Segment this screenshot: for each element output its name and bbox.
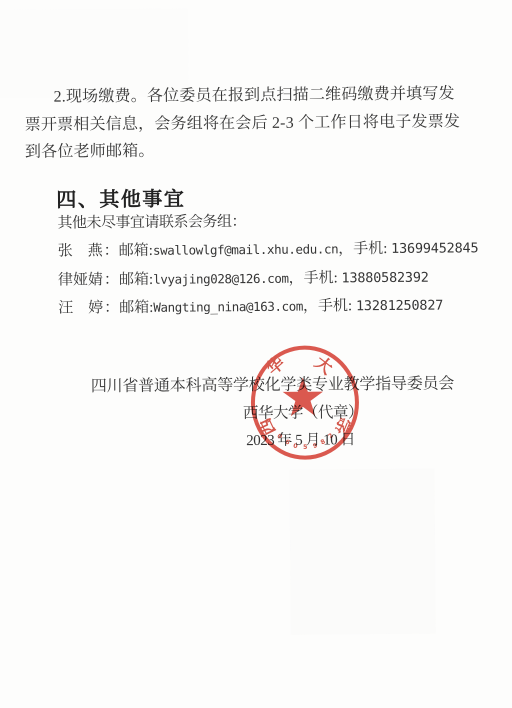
seal-serial-digit: 6 [283,439,290,446]
contact-phone: 13281250827 [356,298,443,315]
document-page: 2.现场缴费。各位委员在报到点扫描二维码缴费并填写发 票开票相关信息，会务组将在… [0,0,512,708]
paragraph-line: 票开票相关信息，会务组将在会后 2-3 个工作日将电子发票发 [25,108,455,139]
contact-email: swallowlgf@mail.xhu.edu.cn [153,241,338,257]
seal-star-icon [281,376,325,418]
contact-row: 张 燕：邮箱:swallowlgf@mail.xhu.edu.cn，手机: 13… [58,234,479,266]
seal-char: 华 [264,354,288,378]
contact-name: 张 燕 [58,238,104,266]
paragraph-line: 到各位老师邮箱。 [25,135,455,166]
contact-name: 律娅婧 [58,267,104,295]
separator: ， [338,241,353,257]
star-shape [283,377,324,416]
payment-paragraph: 2.现场缴费。各位委员在报到点扫描二维码缴费并填写发 票开票相关信息，会务组将在… [24,80,455,166]
email-label: 邮箱: [119,243,153,259]
seal-serial-digit: 5 [303,445,307,451]
seal-serial-digit: 8 [320,439,327,446]
seal-char: 大 [312,354,336,378]
scan-smudge [289,469,435,635]
paragraph-line: 2.现场缴费。各位委员在报到点扫描二维码缴费并填写发 [24,80,454,111]
seal-serial-digit: 2 [328,433,335,441]
seal-serial-digit: 0 [293,443,299,450]
contact-name: 汪 婷 [58,295,104,323]
phone-label: 手机: [318,298,356,314]
contact-list: 张 燕：邮箱:swallowlgf@mail.xhu.edu.cn，手机: 13… [58,234,479,323]
contact-row: 律娅婧：邮箱:lvyajing028@126.com，手机: 138805823… [58,263,479,295]
email-label: 邮箱: [119,300,153,316]
section-heading: 四、其他事宜 [56,188,185,213]
phone-label: 手机: [353,241,391,257]
contact-phone: 13699452845 [391,240,478,257]
official-seal: 西 华 大 学 01060598218 [250,345,359,460]
section-intro: 其他未尽事宜请联系会务组： [57,210,246,235]
contact-colon: ： [104,272,119,288]
contact-email: lvyajing028@126.com [153,270,289,286]
contact-email: Wangting_nina@163.com [153,299,303,315]
email-label: 邮箱: [119,271,153,287]
separator: ， [303,299,318,315]
separator: ， [288,270,303,286]
contact-colon: ： [104,300,119,316]
phone-label: 手机: [303,270,341,286]
seal-serial-digit: 0 [275,433,282,441]
seal-serial-digit: 9 [312,443,318,450]
contact-colon: ： [104,243,119,259]
contact-row: 汪 婷：邮箱:Wangting_nina@163.com，手机: 1328125… [58,291,479,323]
contact-phone: 13880582392 [341,269,428,286]
